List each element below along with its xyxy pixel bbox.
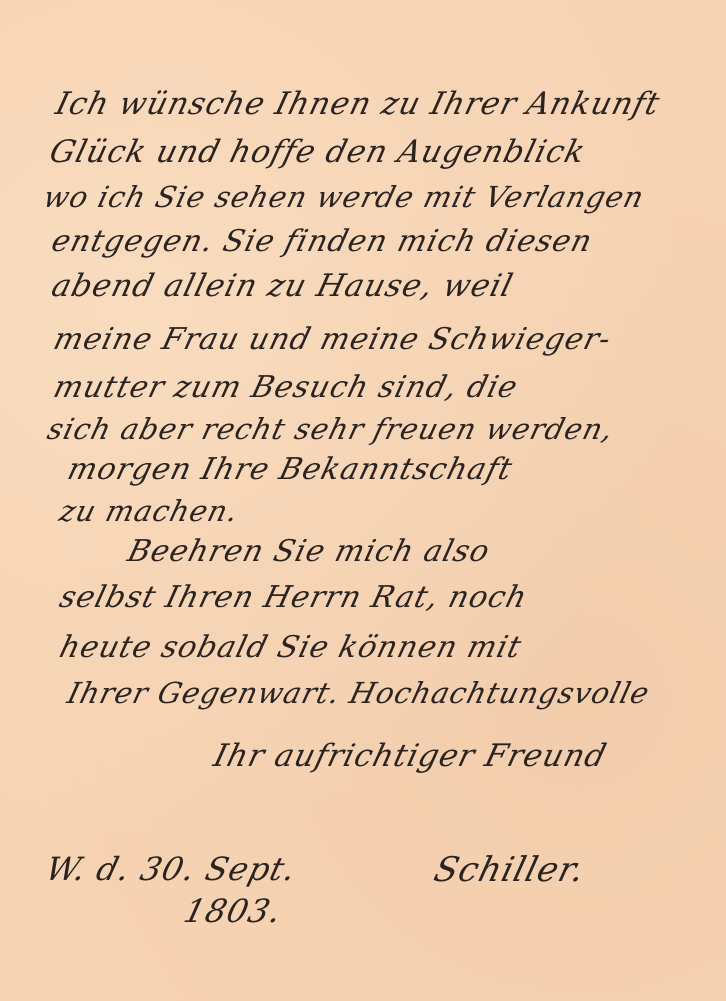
letter-line-14: Ihrer Gegenwart. Hochachtungsvolle: [64, 676, 653, 710]
letter-line-11: Beehren Sie mich also: [124, 534, 494, 569]
letter-line-6: meine Frau und meine Schwieger-: [50, 322, 615, 357]
letter-line-1: Ich wünsche Ihnen zu Ihrer Ankunft: [52, 86, 664, 122]
letter-line-9: morgen Ihre Bekanntschaft: [64, 452, 516, 487]
letter-page: Ich wünsche Ihnen zu Ihrer Ankunft Glück…: [0, 0, 726, 1001]
letter-line-12: selbst Ihren Herrn Rat, noch: [56, 580, 531, 615]
letter-line-7: mutter zum Besuch sind, die: [50, 370, 522, 405]
letter-line-8: sich aber recht sehr freuen werden,: [44, 412, 617, 446]
letter-line-13: heute sobald Sie können mit: [56, 630, 525, 665]
letter-year: 1803.: [180, 892, 286, 930]
letter-line-3: wo ich Sie sehen werde mit Verlangen: [40, 180, 648, 214]
letter-line-4: entgegen. Sie finden mich diesen: [48, 224, 596, 259]
letter-closing: Ihr aufrichtiger Freund: [210, 738, 611, 774]
letter-line-2: Glück und hoffe den Augenblick: [46, 134, 589, 170]
letter-date-place: W. d. 30. Sept.: [42, 850, 300, 888]
letter-signature: Schiller.: [430, 850, 589, 890]
letter-line-5: abend allein zu Hause, weil: [48, 268, 517, 304]
letter-line-10: zu machen.: [56, 494, 242, 528]
